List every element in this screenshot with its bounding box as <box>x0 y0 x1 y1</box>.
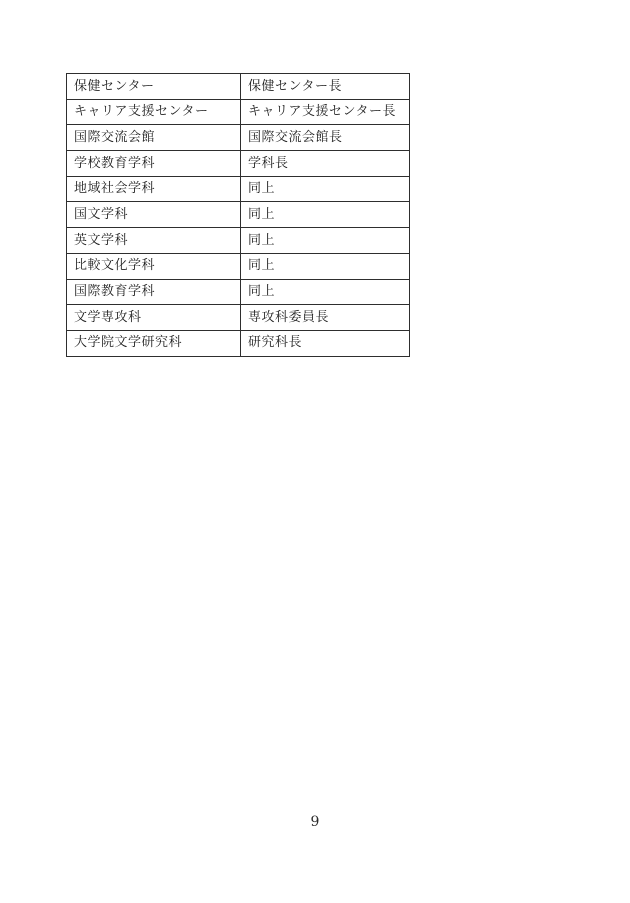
table-cell-head: 研究科長 <box>241 330 410 356</box>
table-cell-unit: 保健センター <box>67 74 241 100</box>
document-page: 保健センター 保健センター長 キャリア支援センター キャリア支援センター長 国際… <box>0 0 630 903</box>
table-row: 国文学科 同上 <box>67 202 410 228</box>
table-cell-unit: 学校教育学科 <box>67 151 241 177</box>
table-row: キャリア支援センター キャリア支援センター長 <box>67 99 410 125</box>
table-cell-unit: 地域社会学科 <box>67 176 241 202</box>
table-row: 学校教育学科 学科長 <box>67 151 410 177</box>
table-cell-unit: 文学専攻科 <box>67 305 241 331</box>
table-cell-unit: 比較文化学科 <box>67 253 241 279</box>
table-cell-head: キャリア支援センター長 <box>241 99 410 125</box>
table-cell-unit: 国際教育学科 <box>67 279 241 305</box>
table-row: 国際教育学科 同上 <box>67 279 410 305</box>
table-row: 文学専攻科 専攻科委員長 <box>67 305 410 331</box>
table-row: 英文学科 同上 <box>67 228 410 254</box>
table-row: 地域社会学科 同上 <box>67 176 410 202</box>
table-cell-unit: 国文学科 <box>67 202 241 228</box>
table-cell-unit: 大学院文学研究科 <box>67 330 241 356</box>
table-row: 保健センター 保健センター長 <box>67 74 410 100</box>
page-number: 9 <box>0 814 630 830</box>
table-row: 比較文化学科 同上 <box>67 253 410 279</box>
table-row: 大学院文学研究科 研究科長 <box>67 330 410 356</box>
table-cell-unit: キャリア支援センター <box>67 99 241 125</box>
table-cell-unit: 英文学科 <box>67 228 241 254</box>
table-cell-head: 学科長 <box>241 151 410 177</box>
table-cell-head: 同上 <box>241 228 410 254</box>
table-cell-head: 同上 <box>241 176 410 202</box>
organization-table: 保健センター 保健センター長 キャリア支援センター キャリア支援センター長 国際… <box>66 73 410 357</box>
table-cell-unit: 国際交流会館 <box>67 125 241 151</box>
table-cell-head: 同上 <box>241 279 410 305</box>
table-cell-head: 専攻科委員長 <box>241 305 410 331</box>
table-cell-head: 同上 <box>241 202 410 228</box>
table-row: 国際交流会館 国際交流会館長 <box>67 125 410 151</box>
table-cell-head: 同上 <box>241 253 410 279</box>
table-cell-head: 保健センター長 <box>241 74 410 100</box>
table-cell-head: 国際交流会館長 <box>241 125 410 151</box>
